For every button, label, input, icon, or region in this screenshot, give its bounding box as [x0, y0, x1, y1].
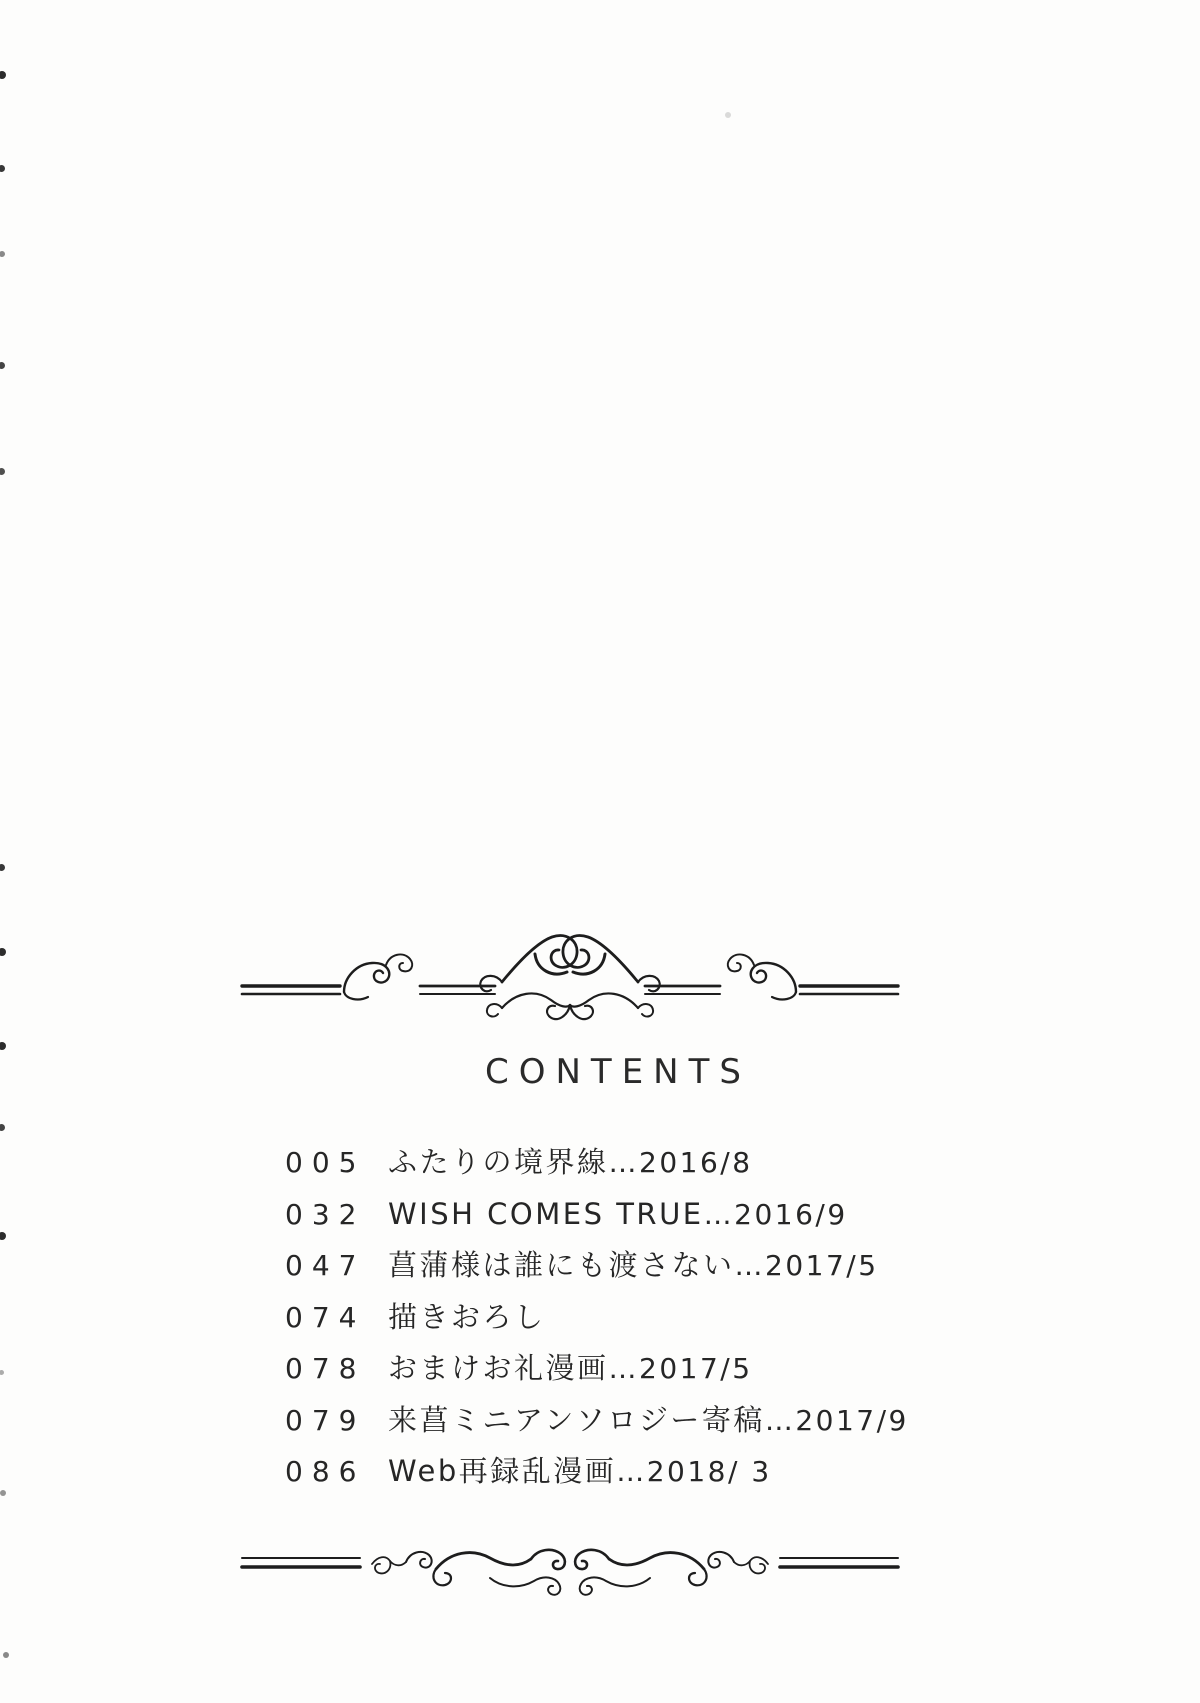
scan-speck: [0, 948, 6, 956]
toc-entry-page-number: 032: [285, 1198, 388, 1232]
scan-speck: [0, 1042, 6, 1050]
toc-entry-title: 菖蒲様は誰にも渡さない: [388, 1248, 735, 1282]
toc-entry: 032 WISH COMES TRUE …2016/9: [285, 1197, 909, 1232]
toc-entry: 078 おまけお礼漫画 …2017/5: [285, 1351, 909, 1386]
toc-entry-date: …2016/9: [704, 1198, 848, 1232]
scan-speck: [0, 251, 5, 257]
toc-entry-date: …2017/5: [735, 1249, 879, 1283]
toc-entry-title: 描きおろし: [388, 1300, 546, 1334]
toc-entry: 079 来菖ミニアンソロジー寄稿 …2017/9: [285, 1403, 909, 1438]
scan-speck: [0, 864, 5, 871]
toc-entry-date: …2016/8: [609, 1146, 753, 1180]
scan-speck: [0, 71, 6, 79]
scan-speck: [0, 1490, 6, 1496]
toc-entry-page-number: 079: [285, 1404, 388, 1438]
toc-entry-title: ふたりの境界線: [388, 1145, 609, 1179]
scan-speck: [0, 1370, 4, 1375]
toc-entry-page-number: 005: [285, 1146, 388, 1180]
toc-entry-date: …2018/ 3: [616, 1455, 771, 1489]
toc-entry-date: …2017/5: [609, 1352, 753, 1386]
toc-entry-page-number: 086: [285, 1455, 388, 1489]
scan-speck: [725, 112, 731, 118]
toc-page: CONTENTS 005 ふたりの境界線 …2016/8 032 WISH CO…: [0, 0, 1200, 1703]
toc-entry: 074 描きおろし: [285, 1300, 909, 1335]
toc-entry-title: Web再録乱漫画: [388, 1454, 616, 1488]
scan-speck: [0, 1124, 5, 1131]
toc-list: 005 ふたりの境界線 …2016/8 032 WISH COMES TRUE …: [285, 1145, 909, 1506]
scan-speck: [0, 468, 5, 475]
toc-entry-page-number: 074: [285, 1301, 388, 1335]
toc-entry-title: WISH COMES TRUE: [388, 1197, 704, 1231]
top-flourish-ornament: [240, 916, 900, 1026]
toc-entry-title: おまけお礼漫画: [388, 1351, 609, 1385]
scan-speck: [0, 362, 5, 369]
scan-speck: [0, 165, 5, 172]
toc-entry-page-number: 078: [285, 1352, 388, 1386]
toc-entry-title: 来菖ミニアンソロジー寄稿: [388, 1403, 765, 1437]
toc-entry: 086 Web再録乱漫画 …2018/ 3: [285, 1454, 909, 1489]
toc-entry: 005 ふたりの境界線 …2016/8: [285, 1145, 909, 1180]
page-title: CONTENTS: [258, 1052, 968, 1092]
toc-entry: 047 菖蒲様は誰にも渡さない …2017/5: [285, 1248, 909, 1283]
toc-entry-page-number: 047: [285, 1249, 388, 1283]
scan-speck: [3, 1652, 9, 1658]
bottom-flourish-ornament: [240, 1536, 900, 1602]
toc-entry-date: …2017/9: [765, 1404, 909, 1438]
scan-speck: [0, 1232, 6, 1240]
